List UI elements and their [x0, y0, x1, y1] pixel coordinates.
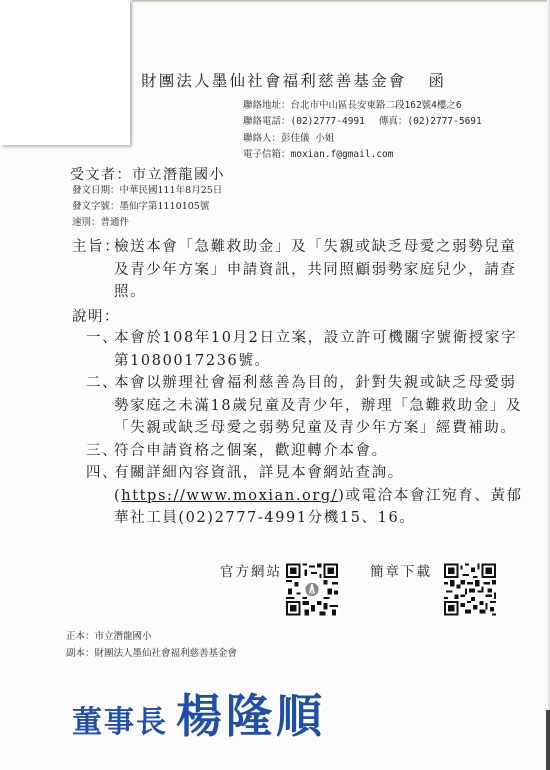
number-label: 發文字號： — [72, 201, 120, 212]
address-label: 聯絡地址： — [243, 100, 291, 111]
item-number: 二、 — [86, 372, 118, 395]
item-contact-line: (https://www.moxian.org/)或電洽本會江宛育、黃郁華社工員… — [114, 485, 526, 530]
contact-email: 電子信箱：moxian.f@gmail.com — [243, 147, 482, 163]
person-value: 彭佳儀 小姐 — [281, 133, 334, 144]
contact-address: 聯絡地址：台北市中山區長安東路二段162號4樓之6 — [243, 98, 482, 114]
qr-code-brochure-download-icon[interactable] — [444, 562, 496, 617]
item-number: 一、 — [86, 327, 118, 350]
subject: 主旨： 檢送本會「急難救助金」及「失親或缺乏母愛之弱勢兒童及青少年方案」申請資訊… — [72, 236, 522, 304]
recipient-value: 市立潛龍國小 — [132, 167, 225, 183]
subject-text: 檢送本會「急難救助金」及「失親或缺乏母愛之弱勢兒童及青少年方案」申請資訊，共同照… — [114, 236, 522, 304]
contact-phone: 聯絡電話：(02)2777-4991傳真：(02)2777-5691 — [243, 114, 482, 130]
original-value: 市立潛龍國小 — [95, 631, 152, 642]
copy-label: 副本： — [66, 648, 95, 659]
dispatch-number: 發文字號：墨仙字第1110105號 — [72, 199, 222, 215]
signature-name: 楊隆順 — [176, 689, 326, 743]
paren-close: ) — [338, 488, 345, 504]
explanation-item: 一、 本會於108年10月2日立案，設立許可機關字號衛授家字第108001723… — [86, 327, 526, 372]
fax-value: (02)2777-5691 — [407, 116, 481, 127]
email-value: moxian.f@gmail.com — [291, 149, 394, 160]
subject-label: 主旨： — [72, 236, 120, 259]
contact-person: 聯絡人：彭佳儀 小姐 — [243, 131, 482, 147]
org-name: 財團法人墨仙社會福利慈善基金會 — [141, 72, 407, 90]
item-text: 本會於108年10月2日立案，設立許可機關字號衛授家字第1080017236號。 — [114, 330, 517, 369]
recipient-label: 受文者： — [70, 167, 132, 183]
recipient: 受文者：市立潛龍國小 — [70, 164, 225, 184]
explanation-item: 三、 符合申請資格之個案，歡迎轉介本會。 — [86, 440, 526, 463]
date-value: 中華民國111年8月25日 — [120, 185, 223, 196]
dispatch-date: 發文日期：中華民國111年8月25日 — [72, 183, 222, 199]
letter-content: 財團法人墨仙社會福利慈善基金會函 聯絡地址：台北市中山區長安東路二段162號4樓… — [0, 0, 550, 770]
email-label: 電子信箱： — [243, 149, 291, 160]
person-label: 聯絡人： — [243, 133, 281, 144]
number-value: 墨仙字第1110105號 — [120, 201, 210, 212]
item-number: 四、 — [86, 462, 118, 485]
explanation-list: 一、 本會於108年10月2日立案，設立許可機關字號衛授家字第108001723… — [86, 327, 526, 530]
website-link[interactable]: https://www.moxian.org/ — [121, 488, 338, 504]
signature-title: 董事長 — [72, 705, 168, 740]
copy-recipient: 副本：財團法人墨仙社會福利慈善基金會 — [66, 645, 237, 662]
qr-code-row: 官方網站 — [220, 558, 540, 618]
phone-label: 聯絡電話： — [243, 116, 291, 127]
explanation-item: 二、 本會以辦理社會福利慈善為目的，針對失親或缺乏母愛弱勢家庭之未滿18歲兒童及… — [86, 372, 526, 440]
delivery-value: 普通件 — [101, 217, 130, 228]
date-label: 發文日期： — [72, 185, 120, 196]
address-value: 台北市中山區長安東路二段162號4樓之6 — [291, 100, 462, 111]
phone-value: (02)2777-4991 — [291, 116, 365, 127]
item-text: 本會以辦理社會福利慈善為目的，針對失親或缺乏母愛弱勢家庭之未滿18歲兒童及青少年… — [114, 375, 522, 436]
qr-label-official-site: 官方網站 — [220, 560, 282, 580]
original-recipient: 正本：市立潛龍國小 — [66, 628, 237, 645]
fax-label: 傳真： — [379, 116, 408, 127]
copy-value: 財團法人墨仙社會福利慈善基金會 — [95, 648, 238, 659]
dispatch-info: 發文日期：中華民國111年8月25日 發文字號：墨仙字第1110105號 速別：… — [72, 183, 222, 231]
qr-code-official-site-icon[interactable] — [286, 562, 338, 617]
item-text: 符合申請資格之個案，歡迎轉介本會。 — [114, 443, 388, 459]
original-label: 正本： — [66, 631, 95, 642]
explanation-label: 說明： — [72, 305, 120, 326]
delivery-label: 速別： — [72, 217, 101, 228]
delivery-type: 速別：普通件 — [72, 215, 222, 231]
distribution-list: 正本：市立潛龍國小 副本：財團法人墨仙社會福利慈善基金會 — [66, 628, 237, 662]
item-number: 三、 — [86, 440, 118, 463]
explanation-item: 四、 有關詳細內容資訊，詳見本會網站查詢。 (https://www.moxia… — [86, 462, 526, 530]
chairman-seal-signature: 董事長楊隆順 — [72, 680, 326, 746]
doc-type: 函 — [429, 72, 447, 90]
contact-block: 聯絡地址：台北市中山區長安東路二段162號4樓之6 聯絡電話：(02)2777-… — [243, 98, 482, 163]
qr-label-brochure: 簡章下載 — [370, 560, 432, 580]
letterhead: 財團法人墨仙社會福利慈善基金會函 — [141, 69, 446, 91]
item-text: 有關詳細內容資訊，詳見本會網站查詢。 — [114, 462, 526, 485]
